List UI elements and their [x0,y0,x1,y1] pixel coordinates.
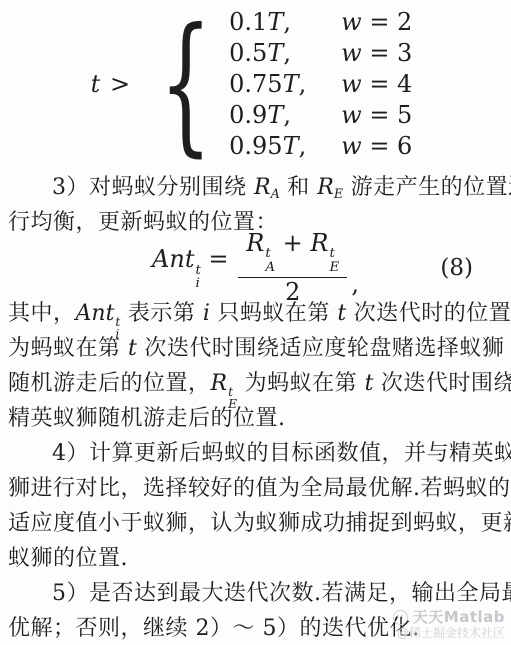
text-line: 精英蚁狮随机游走后的位置. [8,401,503,436]
piecewise-value: 0.95T, [229,131,317,162]
piecewise-cond: w = 2 [341,7,412,38]
piecewise-cond: w = 3 [341,38,412,69]
text-line: 随机游走后的位置，RtE 为蚂蚁在第 t 次迭代时围绕 [8,366,503,401]
piecewise-lhs: t > [91,70,142,98]
piecewise-value: 0.1T, [229,7,317,38]
piecewise-value: 0.75T, [229,69,317,100]
piecewise-rows: 0.1T, w = 2 0.5T, w = 3 0.75T, w = 4 0.9… [229,7,412,162]
cat-logo-icon [393,610,408,625]
equation-comma: , [351,272,359,296]
piecewise-value: 0.5T, [229,38,317,69]
text-line: 适应度值小于蚁狮，认为蚁狮成功捕捉到蚂蚁，更新 [8,506,503,541]
left-brace: { [159,6,211,162]
piecewise-cond: w = 6 [341,131,412,162]
piecewise-formula: t > { 0.1T, w = 2 0.5T, w = 3 0.75T, w =… [4,6,499,162]
equation-8: Antti = RtA + RtE 2 , (8) [8,240,503,296]
paragraph-step4: 4）计算更新后蚂蚁的目标函数值，并与精英蚁 狮进行对比，选择较好的值为全局最优解… [8,436,503,576]
equation-number: (8) [440,255,473,281]
text-line: 3）对蚂蚁分别围绕 RA 和 RE 游走产生的位置进 [8,170,503,205]
watermark-handle: @稀土掘金技术社区 [393,627,505,641]
text-line: 狮进行对比，选择较好的值为全局最优解.若蚂蚁的 [8,471,503,506]
fraction-numerator: RtA + RtE [238,231,347,279]
text-line: 4）计算更新后蚂蚁的目标函数值，并与精英蚁 [8,436,503,471]
text-line: 5）是否达到最大迭代次数.若满足，输出全局最 [8,576,503,611]
fraction-denominator: 2 [285,278,300,305]
paragraph-explanation: 其中，Antti 表示第 i 只蚂蚁在第 t 次迭代时的位置，RtA 为蚂蚁在第… [8,296,503,436]
piecewise-value: 0.9T, [229,100,317,131]
piecewise-cond: w = 5 [341,100,412,131]
document-page: t > { 0.1T, w = 2 0.5T, w = 3 0.75T, w =… [0,6,511,645]
watermark-row: 天天Matlab [393,609,505,626]
text-line: 为蚂蚁在第 t 次迭代时围绕适应度轮盘赌选择蚁狮 [8,331,503,366]
watermark: 天天Matlab @稀土掘金技术社区 [393,609,505,641]
piecewise-cond: w = 4 [341,69,412,100]
fraction: RtA + RtE 2 [238,231,347,306]
watermark-name: 天天Matlab [413,609,505,626]
equation-lhs: Antti = [152,245,236,291]
text-line: 蚁狮的位置. [8,541,503,576]
